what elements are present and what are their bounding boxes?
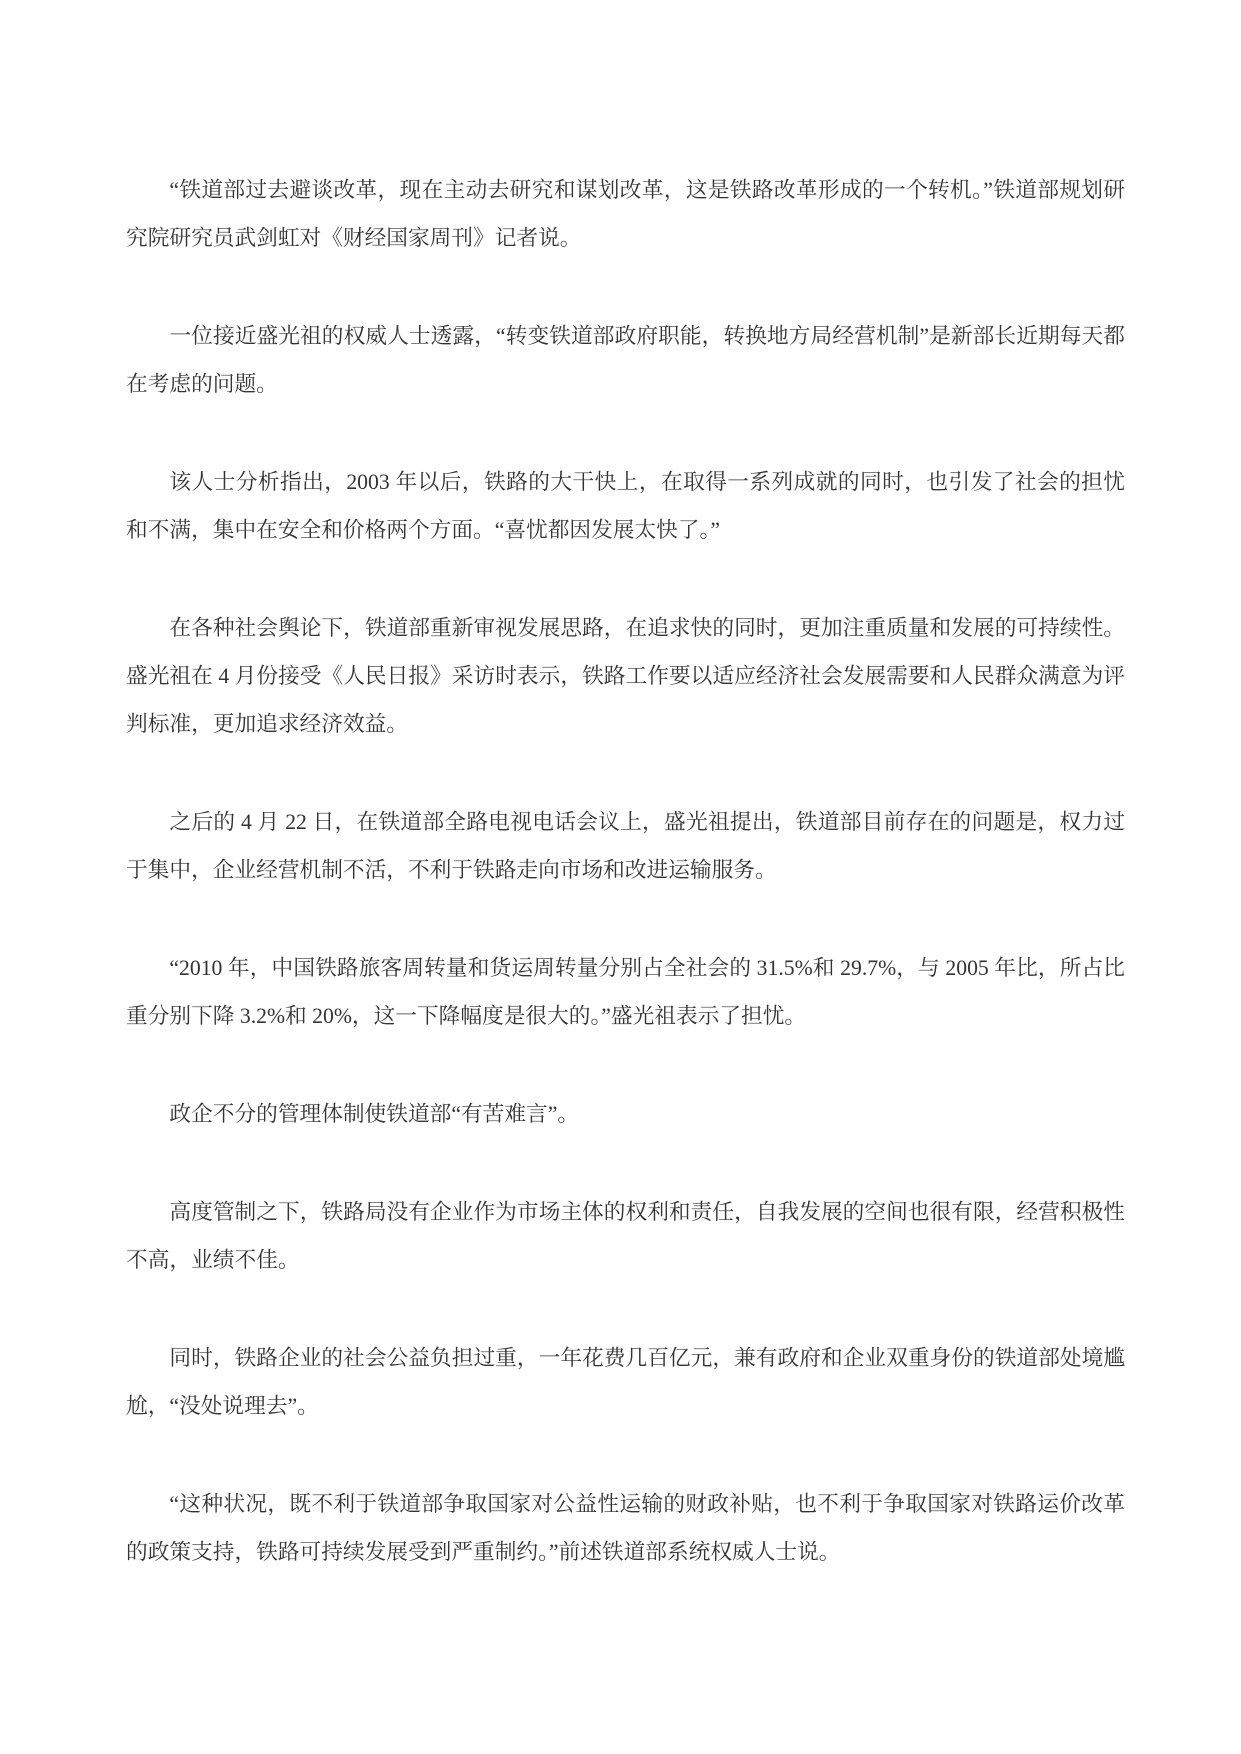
paragraph-6: “2010 年，中国铁路旅客周转量和货运周转量分别占全社会的 31.5%和 29…	[126, 944, 1125, 1040]
paragraph-5: 之后的 4 月 22 日，在铁道部全路电视电话会议上，盛光祖提出，铁道部目前存在…	[126, 798, 1125, 894]
paragraph-7: 政企不分的管理体制使铁道部“有苦难言”。	[126, 1090, 1125, 1138]
paragraph-1: “铁道部过去避谈改革，现在主动去研究和谋划改革，这是铁路改革形成的一个转机。”铁…	[126, 166, 1125, 262]
paragraph-3: 该人士分析指出，2003 年以后，铁路的大干快上，在取得一系列成就的同时，也引发…	[126, 458, 1125, 554]
paragraph-9: 同时，铁路企业的社会公益负担过重，一年花费几百亿元，兼有政府和企业双重身份的铁道…	[126, 1334, 1125, 1430]
paragraph-8: 高度管制之下，铁路局没有企业作为市场主体的权利和责任，自我发展的空间也很有限，经…	[126, 1188, 1125, 1284]
paragraph-10: “这种状况，既不利于铁道部争取国家对公益性运输的财政补贴，也不利于争取国家对铁路…	[126, 1480, 1125, 1576]
paragraph-4: 在各种社会舆论下，铁道部重新审视发展思路，在追求快的同时，更加注重质量和发展的可…	[126, 604, 1125, 748]
paragraph-2: 一位接近盛光祖的权威人士透露，“转变铁道部政府职能，转换地方局经营机制”是新部长…	[126, 312, 1125, 408]
document-page: “铁道部过去避谈改革，现在主动去研究和谋划改革，这是铁路改革形成的一个转机。”铁…	[0, 0, 1241, 1754]
